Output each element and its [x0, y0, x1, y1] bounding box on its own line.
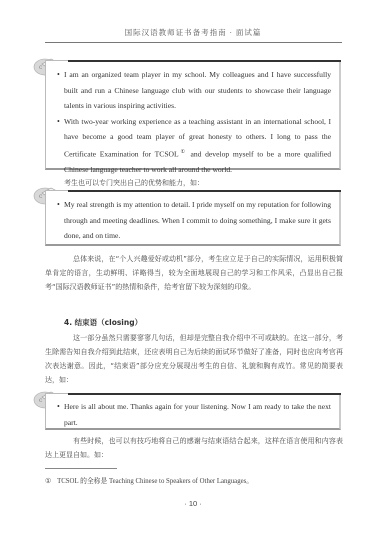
example-list: My real strength is my attention to deta… [46, 197, 339, 244]
box-top-bar [68, 393, 341, 395]
page-number: · 10 · [0, 499, 386, 508]
header-rule [45, 42, 342, 43]
example-item: With two-year working experience as a te… [64, 114, 331, 178]
section-heading-closing: 4. 结束语（closing） [64, 317, 142, 328]
footnote: ①TCSOL 的全称是 Teaching Chinese to Speakers… [45, 475, 253, 485]
example-list: Here is all about me. Thanks again for y… [46, 399, 339, 430]
box-top-bar [68, 190, 341, 192]
example-item: My real strength is my attention to deta… [64, 197, 331, 244]
example-text: My real strength is my attention to deta… [64, 200, 331, 240]
footnote-ref[interactable]: ① [179, 150, 187, 155]
example-text: Here is all about me. Thanks again for y… [64, 402, 331, 427]
footnote-text: TCSOL 的全称是 Teaching Chinese to Speakers … [57, 478, 253, 485]
footnote-mark: ① [45, 478, 51, 485]
summary-paragraph: 总体来说，在“个人兴趣爱好或动机”部分，考生应立足于自己的实际情况，运用积极简单… [45, 252, 343, 294]
running-head: 国际汉语教师证书备考指南 · 面试篇 [0, 27, 386, 38]
closing-paragraph: 这一部分虽然只需要寥寥几句话，但却是完整自我介绍中不可或缺的。在这一部分，考生除… [45, 331, 343, 387]
example-item: Here is all about me. Thanks again for y… [64, 399, 331, 430]
intro-text-box2: 考生也可以专门突出自己的优势和能力，如： [64, 176, 204, 190]
example-box-2: My real strength is my attention to deta… [45, 190, 341, 246]
example-box-3: Here is all about me. Thanks again for y… [45, 393, 341, 430]
example-list: I am an organized team player in my scho… [46, 67, 339, 177]
example-item: I am an organized team player in my scho… [64, 67, 331, 114]
example-box-1: I am an organized team player in my scho… [45, 60, 341, 170]
footnote-rule [45, 468, 117, 469]
after-paragraph: 有些时候，也可以有技巧地将自己的感谢与结束语结合起来，这样在语言使用和内容表达上… [45, 434, 343, 462]
example-text: I am an organized team player in my scho… [64, 70, 331, 110]
box-top-bar [68, 60, 341, 62]
